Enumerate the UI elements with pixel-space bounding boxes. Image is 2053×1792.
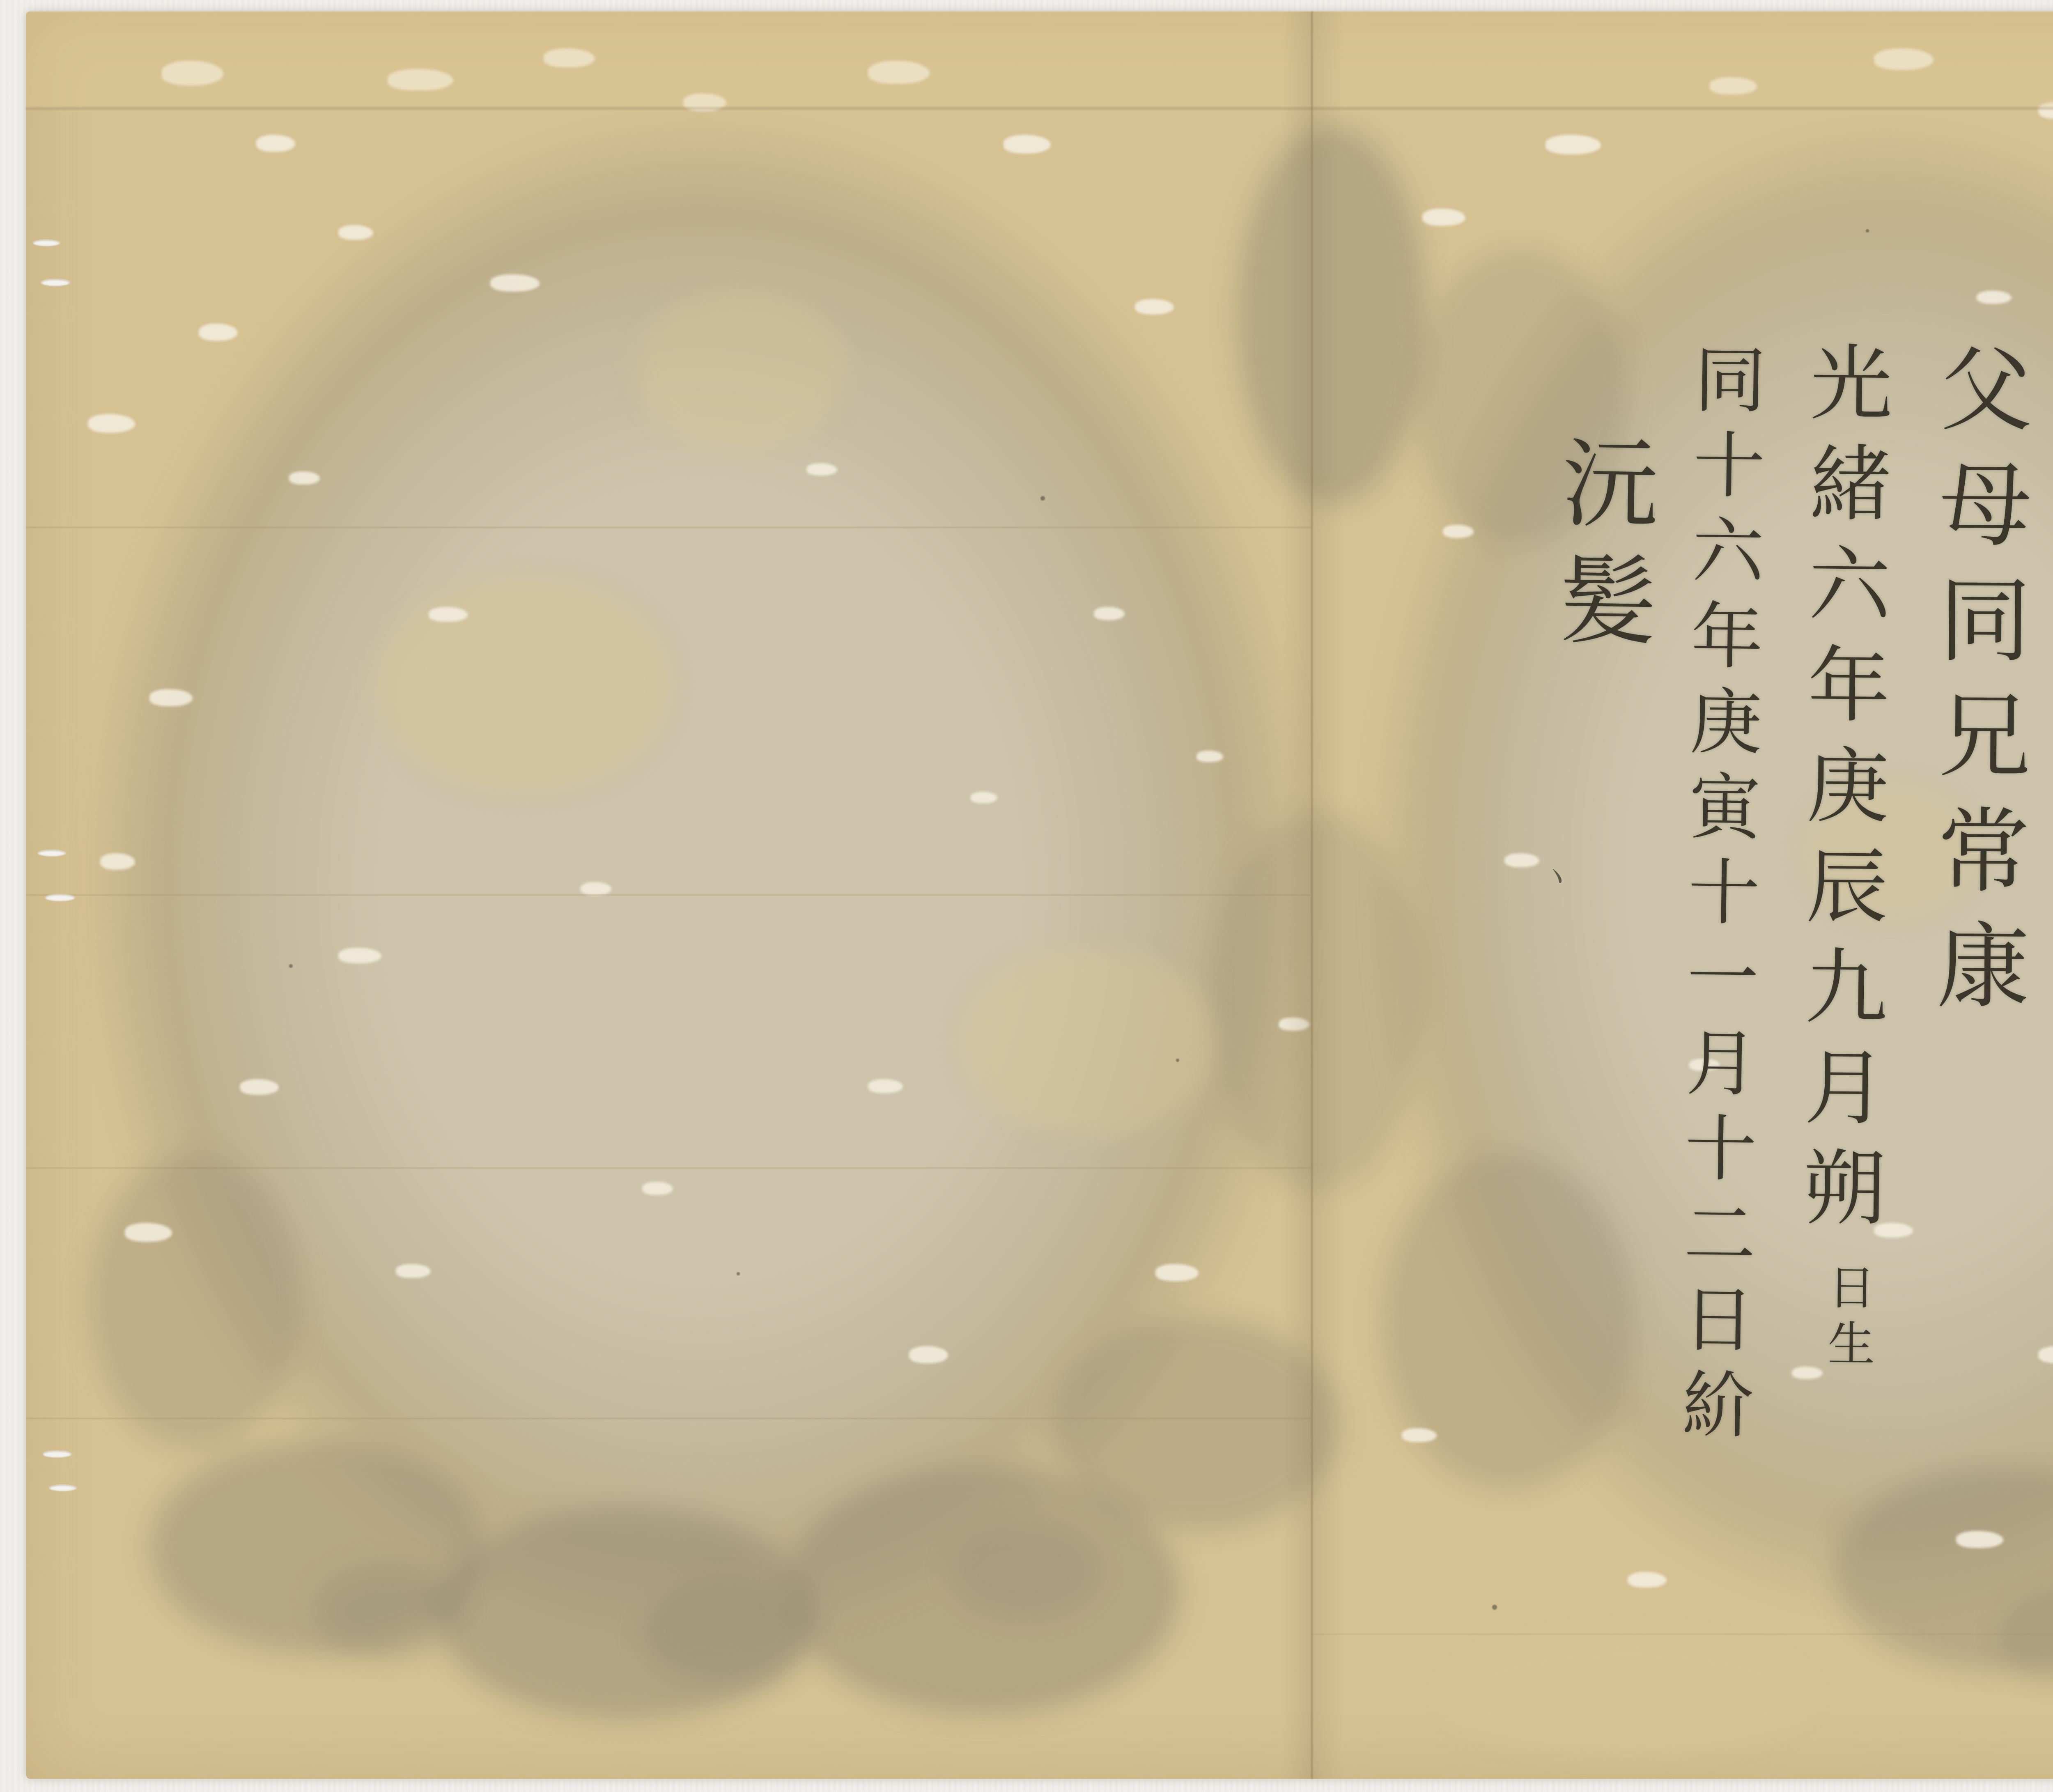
stain-blob [1155,1264,1199,1281]
stain-blob [1279,1018,1309,1031]
stain-blob [868,1079,903,1093]
stain-blob [199,324,238,341]
stain-blob [1238,126,1426,504]
column-hairtying-word: 沅髪 [1529,432,1672,669]
stain-blob [429,607,468,622]
stain-blob [868,61,930,84]
horizontal-crease [26,527,1311,528]
stain-blob [88,414,135,433]
stain-blob [581,882,611,895]
column-hairtying-date: 同十六年庚寅十一月十二日紒 [1659,342,1776,1453]
stain-blob [1956,1531,2003,1548]
stain-blob [1053,1317,1340,1531]
stain-blob [950,1523,1098,1617]
stain-blob [1196,751,1223,762]
stain-blob [683,94,726,111]
column-birth-date: 光緒六年庚辰九月朔 [1778,340,1904,1246]
stain-blob [1504,853,1539,867]
stain-blob [338,225,373,240]
punch-hole [33,240,60,246]
punch-hole [49,1485,76,1491]
stain-blob [642,1584,811,1687]
stain-blob [1004,135,1051,154]
stain-blob [100,853,135,870]
stain-blob [544,48,595,67]
stain-blob [1792,1367,1823,1379]
horizontal-crease [26,1418,1311,1419]
stain-blob [737,1272,740,1275]
punch-hole [43,1451,71,1457]
stain-blob [1369,122,2053,1617]
stain-blob [1804,783,1977,919]
stain-blob [1545,135,1601,154]
stain-blob [1135,299,1174,315]
document-page: 常記垣 花仁也 童名真津 父母同兄常康 光緒六年庚辰九月朔 日生 同十六年庚寅十… [26,11,2053,1779]
stain-blob [1209,812,1422,1190]
stain-blob [1833,1465,2053,1670]
stain-blob [971,792,997,803]
stain-blob [634,291,847,451]
stain-blob [1628,1572,1667,1588]
stain-blob [490,274,540,292]
stain-blob [786,1465,1180,1716]
punch-hole [38,850,66,856]
stain-blob [1040,496,1045,501]
stain-blob [1414,250,1628,545]
stain-blob [149,1440,486,1654]
punch-hole [45,894,75,901]
stain-blob [1443,1633,1812,1757]
stain-blob [1176,1059,1179,1062]
column-childhood-name: 童名真津 [2032,335,2053,836]
center-fold-line [1311,11,1313,1779]
top-fold-strip [26,11,2053,108]
stain-blob [437,1506,815,1720]
column-parents: 父母同兄常康 [1909,340,2045,1034]
stain-blob [88,1153,301,1449]
stain-blob [1492,1605,1497,1610]
stain-blob [806,463,837,476]
stain-blob [1094,607,1125,620]
stain-blob [1402,1428,1437,1442]
ink-tick-mark: 丶 [1536,851,1577,901]
horizontal-crease [26,1167,1311,1169]
stain-blob [84,114,1316,1650]
stain-blob [125,1223,172,1242]
stain-blob [1689,1059,1720,1071]
top-fold-crease [26,107,2053,110]
punch-hole [41,279,70,286]
stain-blob [1710,77,1757,94]
stain-blob [1874,1223,1913,1238]
stain-blob [1997,1584,2053,1687]
stain-blob [642,1182,673,1195]
stain-blob [1866,229,1869,232]
column-birth-date-annotation: 日生 [1813,1262,1882,1375]
stain-blob [396,1264,431,1278]
stain-blob [314,1564,462,1658]
stain-blob [2038,1346,2053,1363]
stain-blob [1422,209,1465,226]
stain-blob [1443,525,1474,538]
stain-blob [1874,48,1934,70]
stain-blob [388,69,453,90]
stain-blob [289,964,293,968]
stain-blob [1977,291,2012,304]
stain-blob [909,1346,948,1363]
stain-blob [375,578,671,792]
stain-blob [240,1079,279,1095]
stain-blob [162,61,223,85]
stain-blob [962,948,1217,1137]
stain-blob [289,471,320,485]
horizontal-crease [26,894,1311,896]
stain-blob [149,689,193,706]
stain-blob [256,135,295,152]
stain-blob [2038,102,2053,119]
horizontal-crease [1311,1633,2053,1635]
stain-blob [338,948,381,963]
stain-blob [1381,1153,1636,1490]
center-fold-shading [1282,11,1343,1779]
